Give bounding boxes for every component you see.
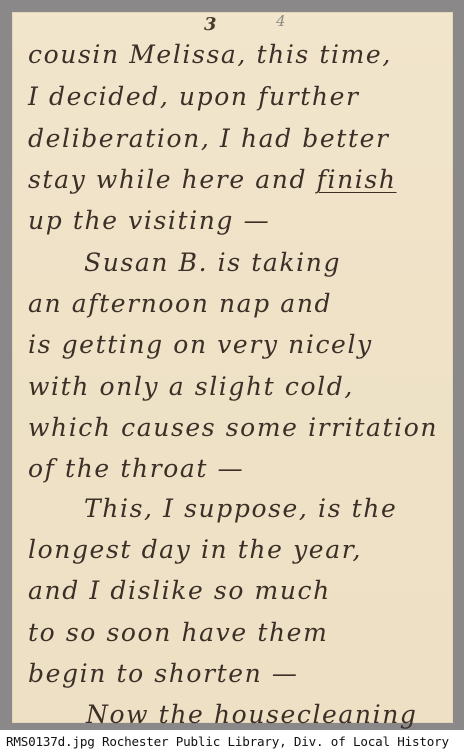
handwritten-line: to so soon have them <box>28 618 328 647</box>
handwritten-line: is getting on very nicely <box>28 330 373 359</box>
handwritten-line: stay while here and finish <box>28 165 397 194</box>
letter-page: 3 4 cousin Melissa, this time, I decided… <box>12 12 453 723</box>
underlined-word: finish <box>317 165 397 194</box>
page-number-ink: 3 <box>204 14 217 35</box>
handwritten-line: begin to shorten — <box>28 659 299 688</box>
scan-background: 3 4 cousin Melissa, this time, I decided… <box>0 0 464 730</box>
handwritten-line: longest day in the year, <box>28 535 362 564</box>
handwritten-line: and I dislike so much <box>28 576 331 605</box>
handwritten-line: of the throat — <box>28 454 244 483</box>
handwritten-line: which causes some irritation <box>28 413 438 442</box>
handwritten-line: up the visiting — <box>28 206 270 235</box>
handwritten-line: cousin Melissa, this time, <box>28 40 392 69</box>
handwritten-line: Now the housecleaning <box>86 700 418 729</box>
handwritten-line: deliberation, I had better <box>28 124 390 153</box>
image-caption: RMS0137d.jpg Rochester Public Library, D… <box>0 731 464 752</box>
line-text-before: stay while here and <box>28 165 317 194</box>
handwritten-line: This, I suppose, is the <box>84 494 397 523</box>
handwritten-line: I decided, upon further <box>28 82 360 111</box>
handwritten-line: with only a slight cold, <box>28 372 354 401</box>
handwritten-line: an afternoon nap and <box>28 289 332 318</box>
handwritten-line: Susan B. is taking <box>84 248 341 277</box>
page-number-pencil: 4 <box>276 12 286 30</box>
